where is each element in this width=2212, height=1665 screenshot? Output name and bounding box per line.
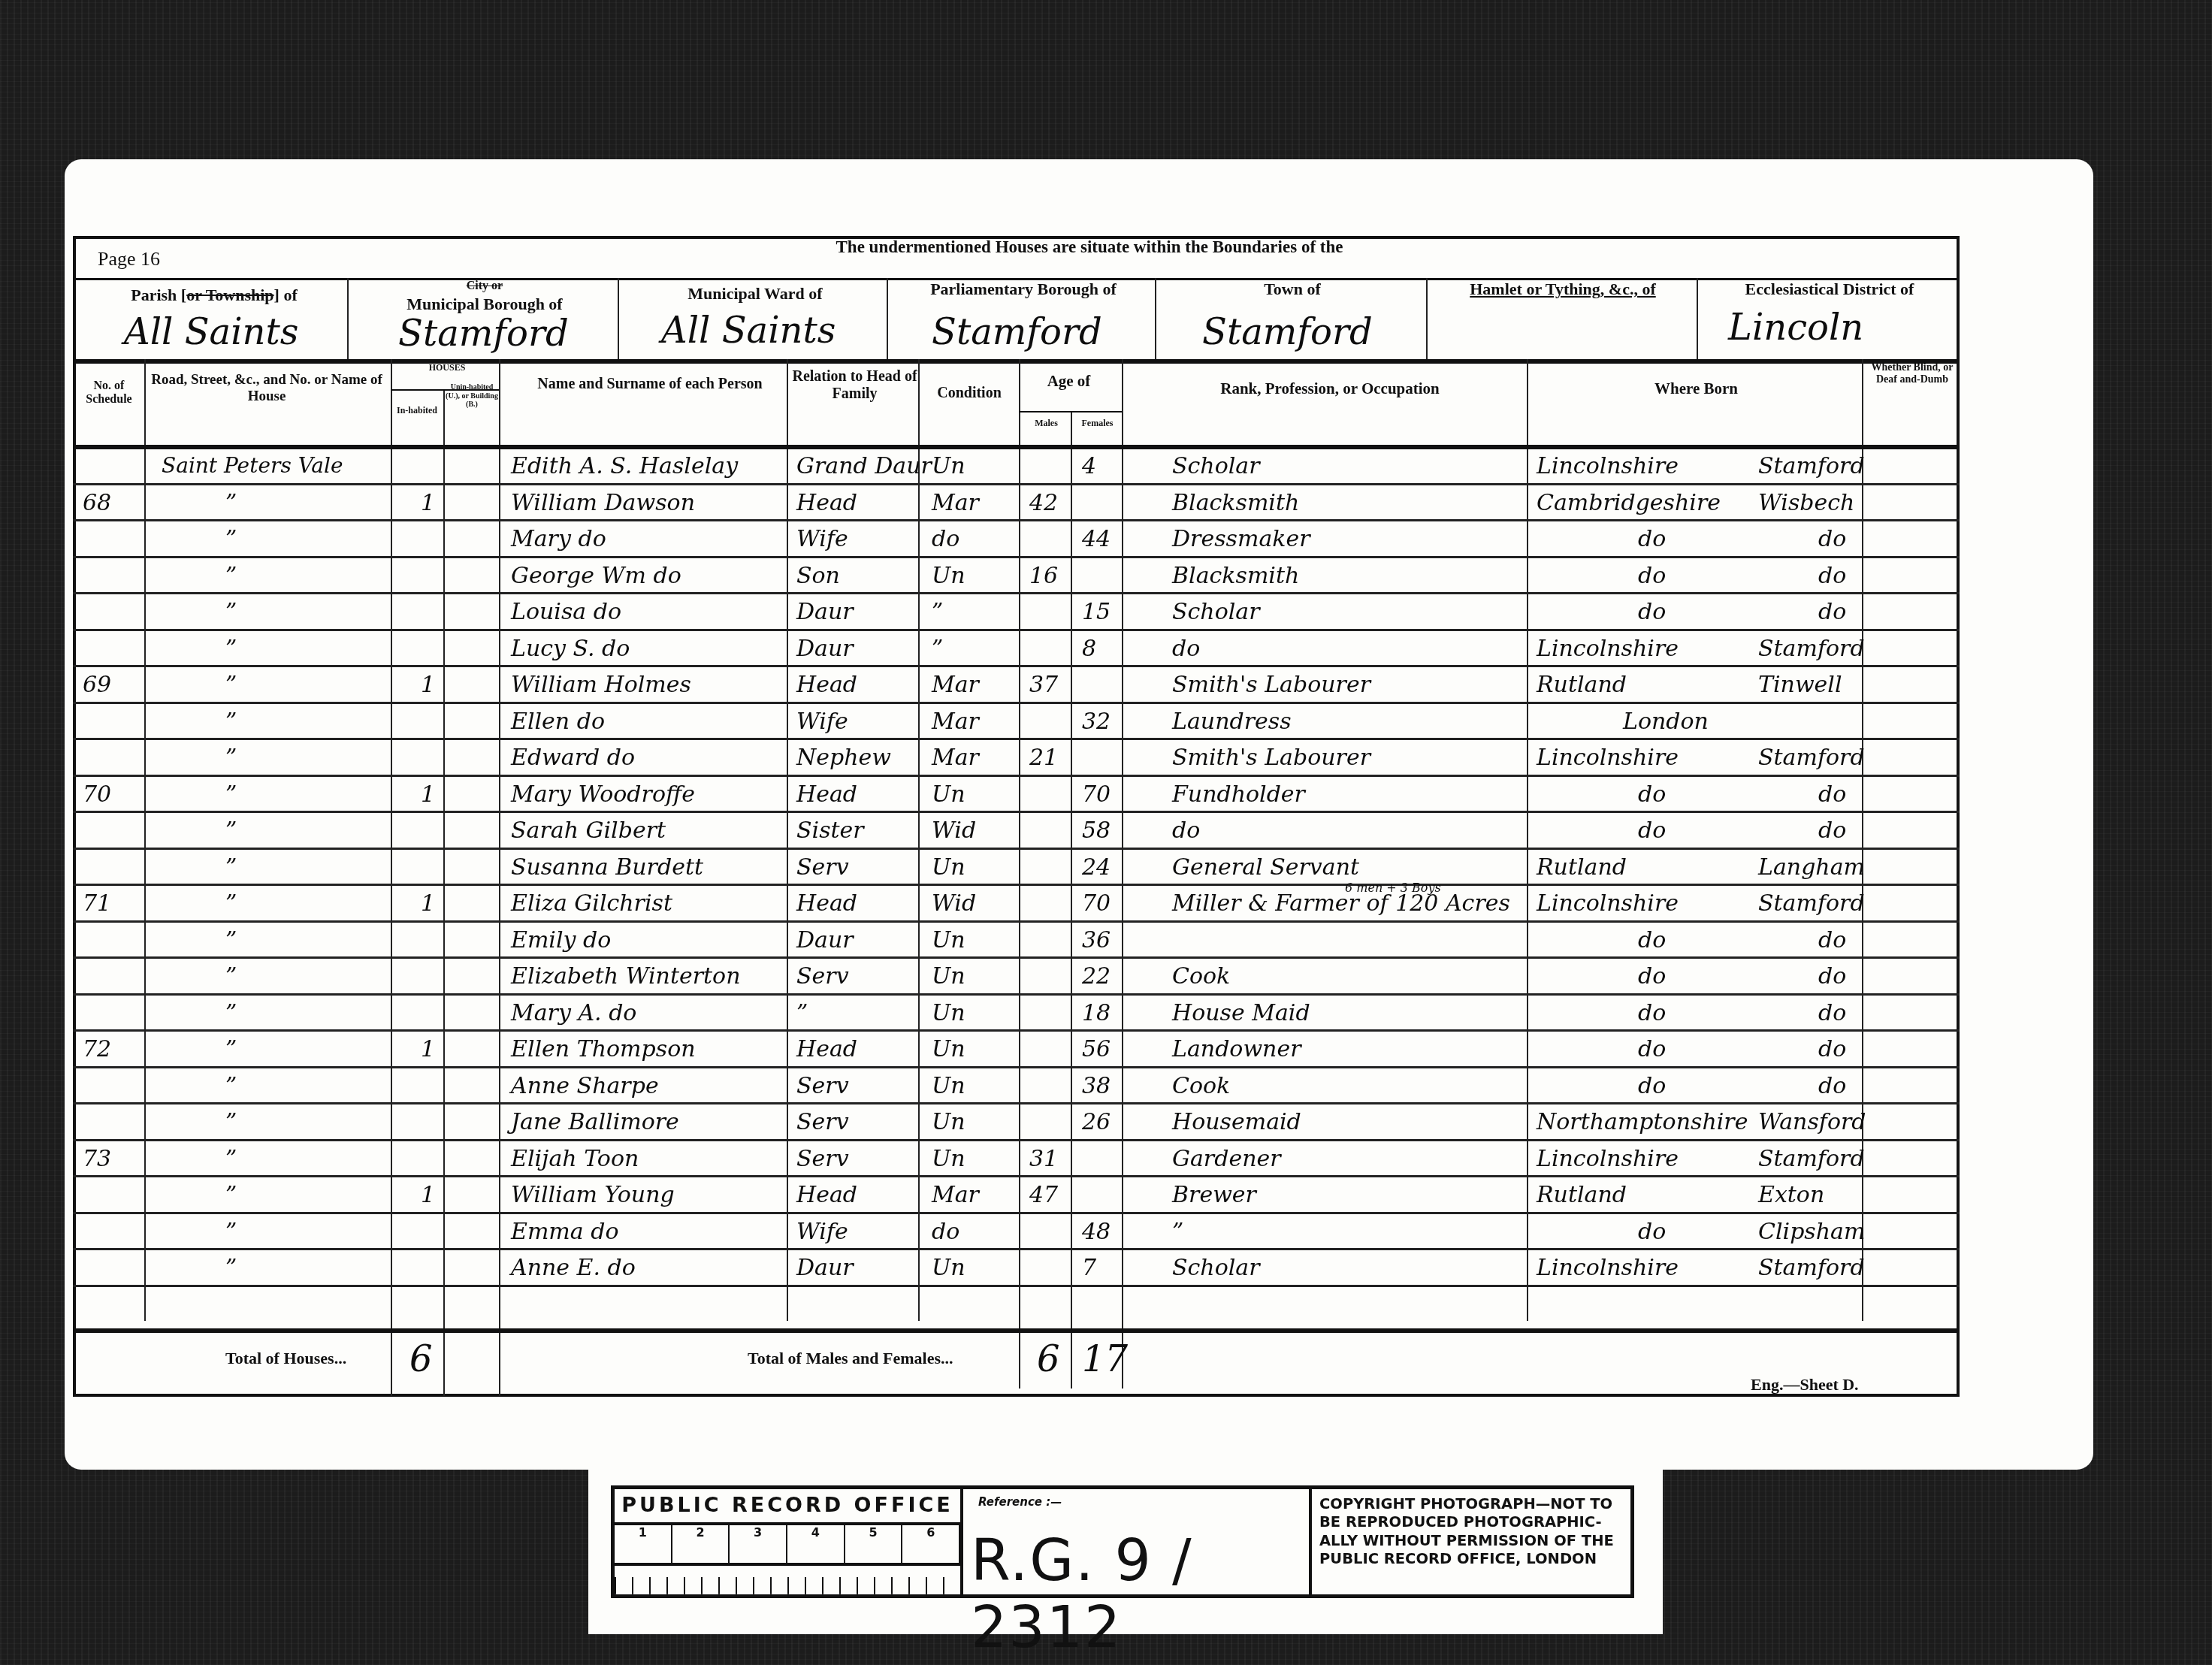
occupation: Landowner bbox=[1172, 1038, 1301, 1061]
condition: Un bbox=[932, 929, 965, 952]
person-name: William Young bbox=[511, 1184, 675, 1207]
total-males-value: 6 bbox=[1037, 1341, 1060, 1377]
age-female: 48 bbox=[1082, 1221, 1111, 1243]
person-name: William Dawson bbox=[511, 492, 695, 515]
age-female: 70 bbox=[1082, 784, 1111, 806]
condition: Un bbox=[932, 1111, 965, 1134]
occupation: Miller & Farmer of 120 Acres bbox=[1172, 893, 1510, 915]
age-female: 24 bbox=[1082, 857, 1111, 879]
condition: do bbox=[932, 528, 959, 551]
hamlet-label: Hamlet or Tything, &c., of bbox=[1431, 280, 1694, 298]
condition: Un bbox=[932, 565, 965, 588]
reference-value: R.G. 9 / 2312 bbox=[971, 1527, 1309, 1660]
occupation: Laundress bbox=[1172, 711, 1292, 733]
ruler-number: 4 bbox=[787, 1525, 845, 1563]
col-occupation: Rank, Profession, or Occupation bbox=[1135, 379, 1525, 397]
total-persons-label: Total of Males and Females... bbox=[748, 1349, 953, 1368]
row-divider bbox=[73, 483, 1960, 485]
birth-county: do bbox=[1638, 601, 1666, 624]
birth-town: do bbox=[1818, 929, 1846, 952]
birth-county: do bbox=[1638, 1038, 1666, 1061]
condition: do bbox=[932, 1221, 959, 1243]
row-divider bbox=[73, 956, 1960, 959]
occupation: Cook bbox=[1172, 965, 1230, 988]
archive-reference-label: PUBLIC RECORD OFFICE 1 2 3 4 5 6 Referen… bbox=[588, 1463, 1663, 1634]
condition: Wid bbox=[932, 893, 976, 915]
city-or-label: City or bbox=[353, 280, 616, 293]
parliamentary-borough-value: Stamford bbox=[932, 314, 1102, 350]
age-male: 47 bbox=[1029, 1184, 1058, 1207]
total-houses-label: Total of Houses... bbox=[225, 1349, 346, 1368]
row-divider bbox=[73, 1029, 1960, 1032]
birth-county: London bbox=[1623, 711, 1709, 733]
municipal-borough-value: Stamford bbox=[398, 316, 569, 352]
divider bbox=[618, 278, 619, 361]
schedule-number: 72 bbox=[83, 1038, 111, 1061]
road-name: ” bbox=[225, 492, 237, 515]
row-divider bbox=[73, 884, 1960, 886]
condition: Un bbox=[932, 1002, 965, 1025]
person-name: Eliza Gilchrist bbox=[511, 893, 672, 915]
copyright-notice: COPYRIGHT PHOTOGRAPH—NOT TO BE REPRODUCE… bbox=[1312, 1489, 1630, 1594]
ruler-number: 2 bbox=[672, 1525, 730, 1563]
birth-town: do bbox=[1818, 784, 1846, 806]
road-name: ” bbox=[225, 638, 237, 660]
person-name: Elizabeth Winterton bbox=[511, 965, 740, 988]
inhabited-count: 1 bbox=[421, 784, 435, 806]
divider bbox=[887, 278, 888, 361]
relation: Daur bbox=[796, 929, 854, 952]
relation: Wife bbox=[796, 1221, 848, 1243]
relation: Daur bbox=[796, 601, 854, 624]
birth-county: Rutland bbox=[1537, 674, 1627, 697]
col-relation: Relation to Head of Family bbox=[789, 368, 920, 403]
divider bbox=[1426, 278, 1428, 361]
row-divider bbox=[73, 1212, 1960, 1214]
birth-town: do bbox=[1818, 565, 1846, 588]
age-female: 58 bbox=[1082, 820, 1111, 842]
relation: Wife bbox=[796, 528, 848, 551]
relation: Sister bbox=[796, 820, 864, 842]
col-road: Road, Street, &c., and No. or Name of Ho… bbox=[150, 372, 383, 405]
road-name: ” bbox=[225, 601, 237, 624]
occupation: Blacksmith bbox=[1172, 565, 1299, 588]
birth-town: do bbox=[1818, 1038, 1846, 1061]
parish-value: All Saints bbox=[124, 314, 298, 350]
row-divider bbox=[73, 702, 1960, 704]
total-females-value: 17 bbox=[1082, 1341, 1128, 1377]
birth-town: Exton bbox=[1758, 1184, 1824, 1207]
road-name: ” bbox=[225, 965, 237, 988]
road-name: ” bbox=[225, 711, 237, 733]
record-office-ruler: PUBLIC RECORD OFFICE 1 2 3 4 5 6 bbox=[615, 1489, 963, 1594]
inhabited-count: 1 bbox=[421, 492, 435, 515]
schedule-number: 68 bbox=[83, 492, 111, 515]
birth-county: do bbox=[1638, 528, 1666, 551]
col-divider bbox=[1019, 359, 1020, 1389]
person-name: Emma do bbox=[511, 1221, 618, 1243]
col-infirmity: Whether Blind, or Deaf and-Dumb bbox=[1867, 362, 1957, 386]
relation: ” bbox=[796, 1002, 808, 1025]
birth-town: Stamford bbox=[1758, 455, 1865, 478]
age-female: 36 bbox=[1082, 929, 1111, 952]
person-name: Lucy S. do bbox=[511, 638, 630, 660]
condition: Un bbox=[932, 1257, 965, 1280]
col-males: Males bbox=[1022, 419, 1071, 429]
row-divider bbox=[73, 519, 1960, 521]
birth-town: do bbox=[1818, 528, 1846, 551]
row-divider bbox=[73, 1139, 1960, 1141]
relation: Head bbox=[796, 674, 857, 697]
reference-label: Reference :— bbox=[978, 1495, 1062, 1509]
road-name: ” bbox=[225, 820, 237, 842]
relation: Grand Daur bbox=[796, 455, 932, 478]
person-name: George Wm do bbox=[511, 565, 681, 588]
occupation: Scholar bbox=[1172, 601, 1260, 624]
relation: Head bbox=[796, 492, 857, 515]
birth-town: Stamford bbox=[1758, 893, 1865, 915]
ruler-number: 5 bbox=[845, 1525, 903, 1563]
person-name: Louisa do bbox=[511, 601, 621, 624]
birth-county: Cambridgeshire bbox=[1537, 492, 1721, 515]
birth-county: do bbox=[1638, 965, 1666, 988]
age-female: 70 bbox=[1082, 893, 1111, 915]
person-name: Mary A. do bbox=[511, 1002, 636, 1025]
person-name: Elijah Toon bbox=[511, 1148, 639, 1171]
ecclesiastical-label: Ecclesiastical District of bbox=[1702, 280, 1957, 298]
inhabited-count: 1 bbox=[421, 1184, 435, 1207]
road-name: ” bbox=[225, 747, 237, 769]
inhabited-count: 1 bbox=[421, 674, 435, 697]
condition: Mar bbox=[932, 674, 979, 697]
road-name: ” bbox=[225, 1075, 237, 1098]
divider bbox=[1697, 278, 1698, 361]
ecclesiastical-value: Lincoln bbox=[1728, 310, 1863, 346]
row-divider bbox=[73, 592, 1960, 594]
col-age: Age of bbox=[1018, 372, 1120, 390]
row-divider bbox=[73, 920, 1960, 923]
page-number: Page 16 bbox=[98, 248, 160, 270]
parish-label: Parish [or Township] of bbox=[83, 286, 346, 304]
ruler-ticks bbox=[615, 1566, 960, 1594]
birth-town: Langham bbox=[1758, 857, 1865, 879]
birth-county: do bbox=[1638, 784, 1666, 806]
condition: Mar bbox=[932, 492, 979, 515]
age-male: 16 bbox=[1029, 565, 1058, 588]
age-female: 38 bbox=[1082, 1075, 1111, 1098]
divider bbox=[391, 389, 499, 391]
form-heading: The undermentioned Houses are situate wi… bbox=[676, 237, 1503, 257]
occupation: do bbox=[1172, 638, 1200, 660]
person-name: Sarah Gilbert bbox=[511, 820, 666, 842]
col-divider bbox=[391, 359, 392, 1396]
age-female: 22 bbox=[1082, 965, 1111, 988]
age-female: 18 bbox=[1082, 1002, 1111, 1025]
age-male: 42 bbox=[1029, 492, 1058, 515]
age-female: 26 bbox=[1082, 1111, 1111, 1134]
occupation: Scholar bbox=[1172, 455, 1260, 478]
person-name: Anne E. do bbox=[511, 1257, 636, 1280]
person-name: Ellen do bbox=[511, 711, 605, 733]
row-divider bbox=[73, 665, 1960, 667]
schedule-number: 71 bbox=[83, 893, 111, 915]
birth-county: do bbox=[1638, 929, 1666, 952]
road-name: ” bbox=[225, 1148, 237, 1171]
total-houses-value: 6 bbox=[409, 1341, 433, 1377]
ruler-number: 1 bbox=[615, 1525, 672, 1563]
relation: Son bbox=[796, 565, 840, 588]
occupation: Fundholder bbox=[1172, 784, 1305, 806]
divider bbox=[1019, 411, 1122, 412]
occupation: Smith's Labourer bbox=[1172, 674, 1370, 697]
road-name: ” bbox=[225, 893, 237, 915]
relation: Head bbox=[796, 784, 857, 806]
person-name: Emily do bbox=[511, 929, 611, 952]
col-born: Where Born bbox=[1529, 379, 1863, 397]
condition: Un bbox=[932, 965, 965, 988]
condition: Wid bbox=[932, 820, 976, 842]
row-divider bbox=[73, 738, 1960, 740]
relation: Serv bbox=[796, 857, 849, 879]
condition: ” bbox=[932, 601, 943, 624]
person-name: Mary do bbox=[511, 528, 606, 551]
divider bbox=[1155, 278, 1156, 361]
birth-town: Stamford bbox=[1758, 1148, 1865, 1171]
row-divider bbox=[73, 556, 1960, 558]
relation: Wife bbox=[796, 711, 848, 733]
occupation: Scholar bbox=[1172, 1257, 1260, 1280]
condition: Un bbox=[932, 1038, 965, 1061]
reference-field: Reference :— R.G. 9 / 2312 bbox=[963, 1489, 1312, 1594]
divider bbox=[347, 278, 349, 361]
row-divider bbox=[73, 1248, 1960, 1250]
relation: Serv bbox=[796, 1148, 849, 1171]
inhabited-count: 1 bbox=[421, 893, 435, 915]
condition: Un bbox=[932, 784, 965, 806]
person-name: William Holmes bbox=[511, 674, 691, 697]
record-office-title: PUBLIC RECORD OFFICE bbox=[615, 1489, 960, 1525]
road-name: ” bbox=[225, 1038, 237, 1061]
age-female: 44 bbox=[1082, 528, 1111, 551]
birth-town: Tinwell bbox=[1758, 674, 1842, 697]
ruler-scale: 1 2 3 4 5 6 bbox=[615, 1525, 960, 1566]
birth-town: do bbox=[1818, 1075, 1846, 1098]
ruler-number: 6 bbox=[902, 1525, 960, 1563]
parliamentary-borough-label: Parliamentary Borough of bbox=[892, 280, 1155, 298]
birth-town: do bbox=[1818, 1002, 1846, 1025]
road-name: ” bbox=[225, 1111, 237, 1134]
condition: Un bbox=[932, 857, 965, 879]
schedule-number: 70 bbox=[83, 784, 111, 806]
birth-town: Wansford bbox=[1758, 1111, 1866, 1134]
town-value: Stamford bbox=[1202, 314, 1373, 350]
road-name: ” bbox=[225, 528, 237, 551]
road-name: ” bbox=[225, 565, 237, 588]
person-name: Susanna Burdett bbox=[511, 857, 703, 879]
row-divider bbox=[73, 848, 1960, 850]
age-male: 37 bbox=[1029, 674, 1058, 697]
person-name: Edith A. S. Haslelay bbox=[511, 455, 738, 478]
row-divider bbox=[73, 1285, 1960, 1287]
birth-county: Lincolnshire bbox=[1537, 893, 1679, 915]
age-female: 7 bbox=[1082, 1257, 1096, 1280]
birth-county: do bbox=[1638, 820, 1666, 842]
birth-county: do bbox=[1638, 1075, 1666, 1098]
col-condition: Condition bbox=[920, 385, 1018, 402]
birth-county: do bbox=[1638, 565, 1666, 588]
town-label: Town of bbox=[1161, 280, 1424, 298]
occupation: Brewer bbox=[1172, 1184, 1256, 1207]
relation: Serv bbox=[796, 1111, 849, 1134]
row-divider bbox=[73, 811, 1960, 813]
person-name: Anne Sharpe bbox=[511, 1075, 659, 1098]
road-name: ” bbox=[225, 1184, 237, 1207]
birth-county: do bbox=[1638, 1221, 1666, 1243]
relation: Daur bbox=[796, 638, 854, 660]
col-schedule: No. of Schedule bbox=[75, 379, 143, 407]
occupation: Smith's Labourer bbox=[1172, 747, 1370, 769]
municipal-ward-label: Municipal Ward of bbox=[624, 284, 887, 303]
road-name: ” bbox=[225, 857, 237, 879]
condition: ” bbox=[932, 638, 943, 660]
col-divider bbox=[1122, 359, 1123, 1389]
col-houses: HOUSES bbox=[391, 363, 503, 373]
birth-town: do bbox=[1818, 820, 1846, 842]
road-name: ” bbox=[225, 674, 237, 697]
col-inhabited: In-habited bbox=[391, 406, 443, 416]
col-name: Name and Surname of each Person bbox=[511, 376, 789, 393]
condition: Un bbox=[932, 455, 965, 478]
condition: Un bbox=[932, 1148, 965, 1171]
occupation: General Servant bbox=[1172, 857, 1359, 879]
row-divider bbox=[73, 775, 1960, 777]
occupation: Gardener bbox=[1172, 1148, 1281, 1171]
inhabited-count: 1 bbox=[421, 1038, 435, 1061]
sheet-label: Eng.—Sheet D. bbox=[1751, 1375, 1859, 1395]
row-divider bbox=[73, 1102, 1960, 1104]
schedule-number: 73 bbox=[83, 1148, 111, 1171]
row-divider bbox=[73, 1066, 1960, 1068]
birth-county: Lincolnshire bbox=[1537, 1148, 1679, 1171]
relation: Head bbox=[796, 1038, 857, 1061]
occupation: ” bbox=[1172, 1221, 1183, 1243]
occupation: Blacksmith bbox=[1172, 492, 1299, 515]
birth-county: Lincolnshire bbox=[1537, 1257, 1679, 1280]
condition: Mar bbox=[932, 1184, 979, 1207]
schedule-number: 69 bbox=[83, 674, 111, 697]
relation: Head bbox=[796, 893, 857, 915]
age-female: 4 bbox=[1082, 455, 1096, 478]
occupation: Dressmaker bbox=[1172, 528, 1310, 551]
birth-town: Wisbech bbox=[1758, 492, 1854, 515]
age-female: 56 bbox=[1082, 1038, 1111, 1061]
person-name: Edward do bbox=[511, 747, 635, 769]
ruler-number: 3 bbox=[730, 1525, 787, 1563]
road-name: ” bbox=[225, 929, 237, 952]
municipal-ward-value: All Saints bbox=[661, 313, 836, 349]
archive-label-box: PUBLIC RECORD OFFICE 1 2 3 4 5 6 Referen… bbox=[611, 1485, 1634, 1598]
age-male: 21 bbox=[1029, 747, 1058, 769]
occupation: House Maid bbox=[1172, 1002, 1310, 1025]
relation: Serv bbox=[796, 965, 849, 988]
divider bbox=[73, 1328, 1960, 1333]
occupation: do bbox=[1172, 820, 1200, 842]
condition: Mar bbox=[932, 747, 979, 769]
col-divider bbox=[499, 359, 500, 1396]
row-divider bbox=[73, 629, 1960, 631]
age-female: 32 bbox=[1082, 711, 1111, 733]
census-form-frame bbox=[73, 236, 1960, 1397]
relation: Daur bbox=[796, 1257, 854, 1280]
relation: Nephew bbox=[796, 747, 891, 769]
col-females: Females bbox=[1073, 419, 1122, 429]
col-divider bbox=[443, 389, 445, 1396]
birth-county: Lincolnshire bbox=[1537, 455, 1679, 478]
road-name: Saint Peters Vale bbox=[162, 455, 343, 476]
row-divider bbox=[73, 1175, 1960, 1177]
condition: Un bbox=[932, 1075, 965, 1098]
birth-county: do bbox=[1638, 1002, 1666, 1025]
condition: Mar bbox=[932, 711, 979, 733]
birth-town: Stamford bbox=[1758, 747, 1865, 769]
birth-town: do bbox=[1818, 601, 1846, 624]
person-name: Ellen Thompson bbox=[511, 1038, 696, 1061]
relation: Head bbox=[796, 1184, 857, 1207]
birth-county: Northamptonshire bbox=[1537, 1111, 1748, 1134]
road-name: ” bbox=[225, 784, 237, 806]
road-name: ” bbox=[225, 1002, 237, 1025]
divider bbox=[73, 359, 1960, 364]
person-name: Mary Woodroffe bbox=[511, 784, 695, 806]
occupation: Cook bbox=[1172, 1075, 1230, 1098]
municipal-borough-label: Municipal Borough of bbox=[353, 295, 616, 313]
birth-town: Stamford bbox=[1758, 1257, 1865, 1280]
birth-county: Rutland bbox=[1537, 1184, 1627, 1207]
age-female: 15 bbox=[1082, 601, 1111, 624]
birth-town: Clipsham bbox=[1758, 1221, 1865, 1243]
birth-county: Rutland bbox=[1537, 857, 1627, 879]
road-name: ” bbox=[225, 1221, 237, 1243]
row-divider bbox=[73, 993, 1960, 996]
struck-text: or Township bbox=[186, 286, 273, 304]
road-name: ” bbox=[225, 1257, 237, 1280]
col-uninhabited: Unin-habited (U.), or Building (B.) bbox=[445, 383, 499, 409]
relation: Serv bbox=[796, 1075, 849, 1098]
birth-county: Lincolnshire bbox=[1537, 747, 1679, 769]
age-male: 31 bbox=[1029, 1148, 1058, 1171]
birth-town: Stamford bbox=[1758, 638, 1865, 660]
occupation-note: 6 men + 3 Boys bbox=[1345, 882, 1441, 894]
person-name: Jane Ballimore bbox=[511, 1111, 679, 1134]
divider bbox=[73, 445, 1960, 449]
age-female: 8 bbox=[1082, 638, 1096, 660]
birth-town: do bbox=[1818, 965, 1846, 988]
occupation: Housemaid bbox=[1172, 1111, 1301, 1134]
birth-county: Lincolnshire bbox=[1537, 638, 1679, 660]
